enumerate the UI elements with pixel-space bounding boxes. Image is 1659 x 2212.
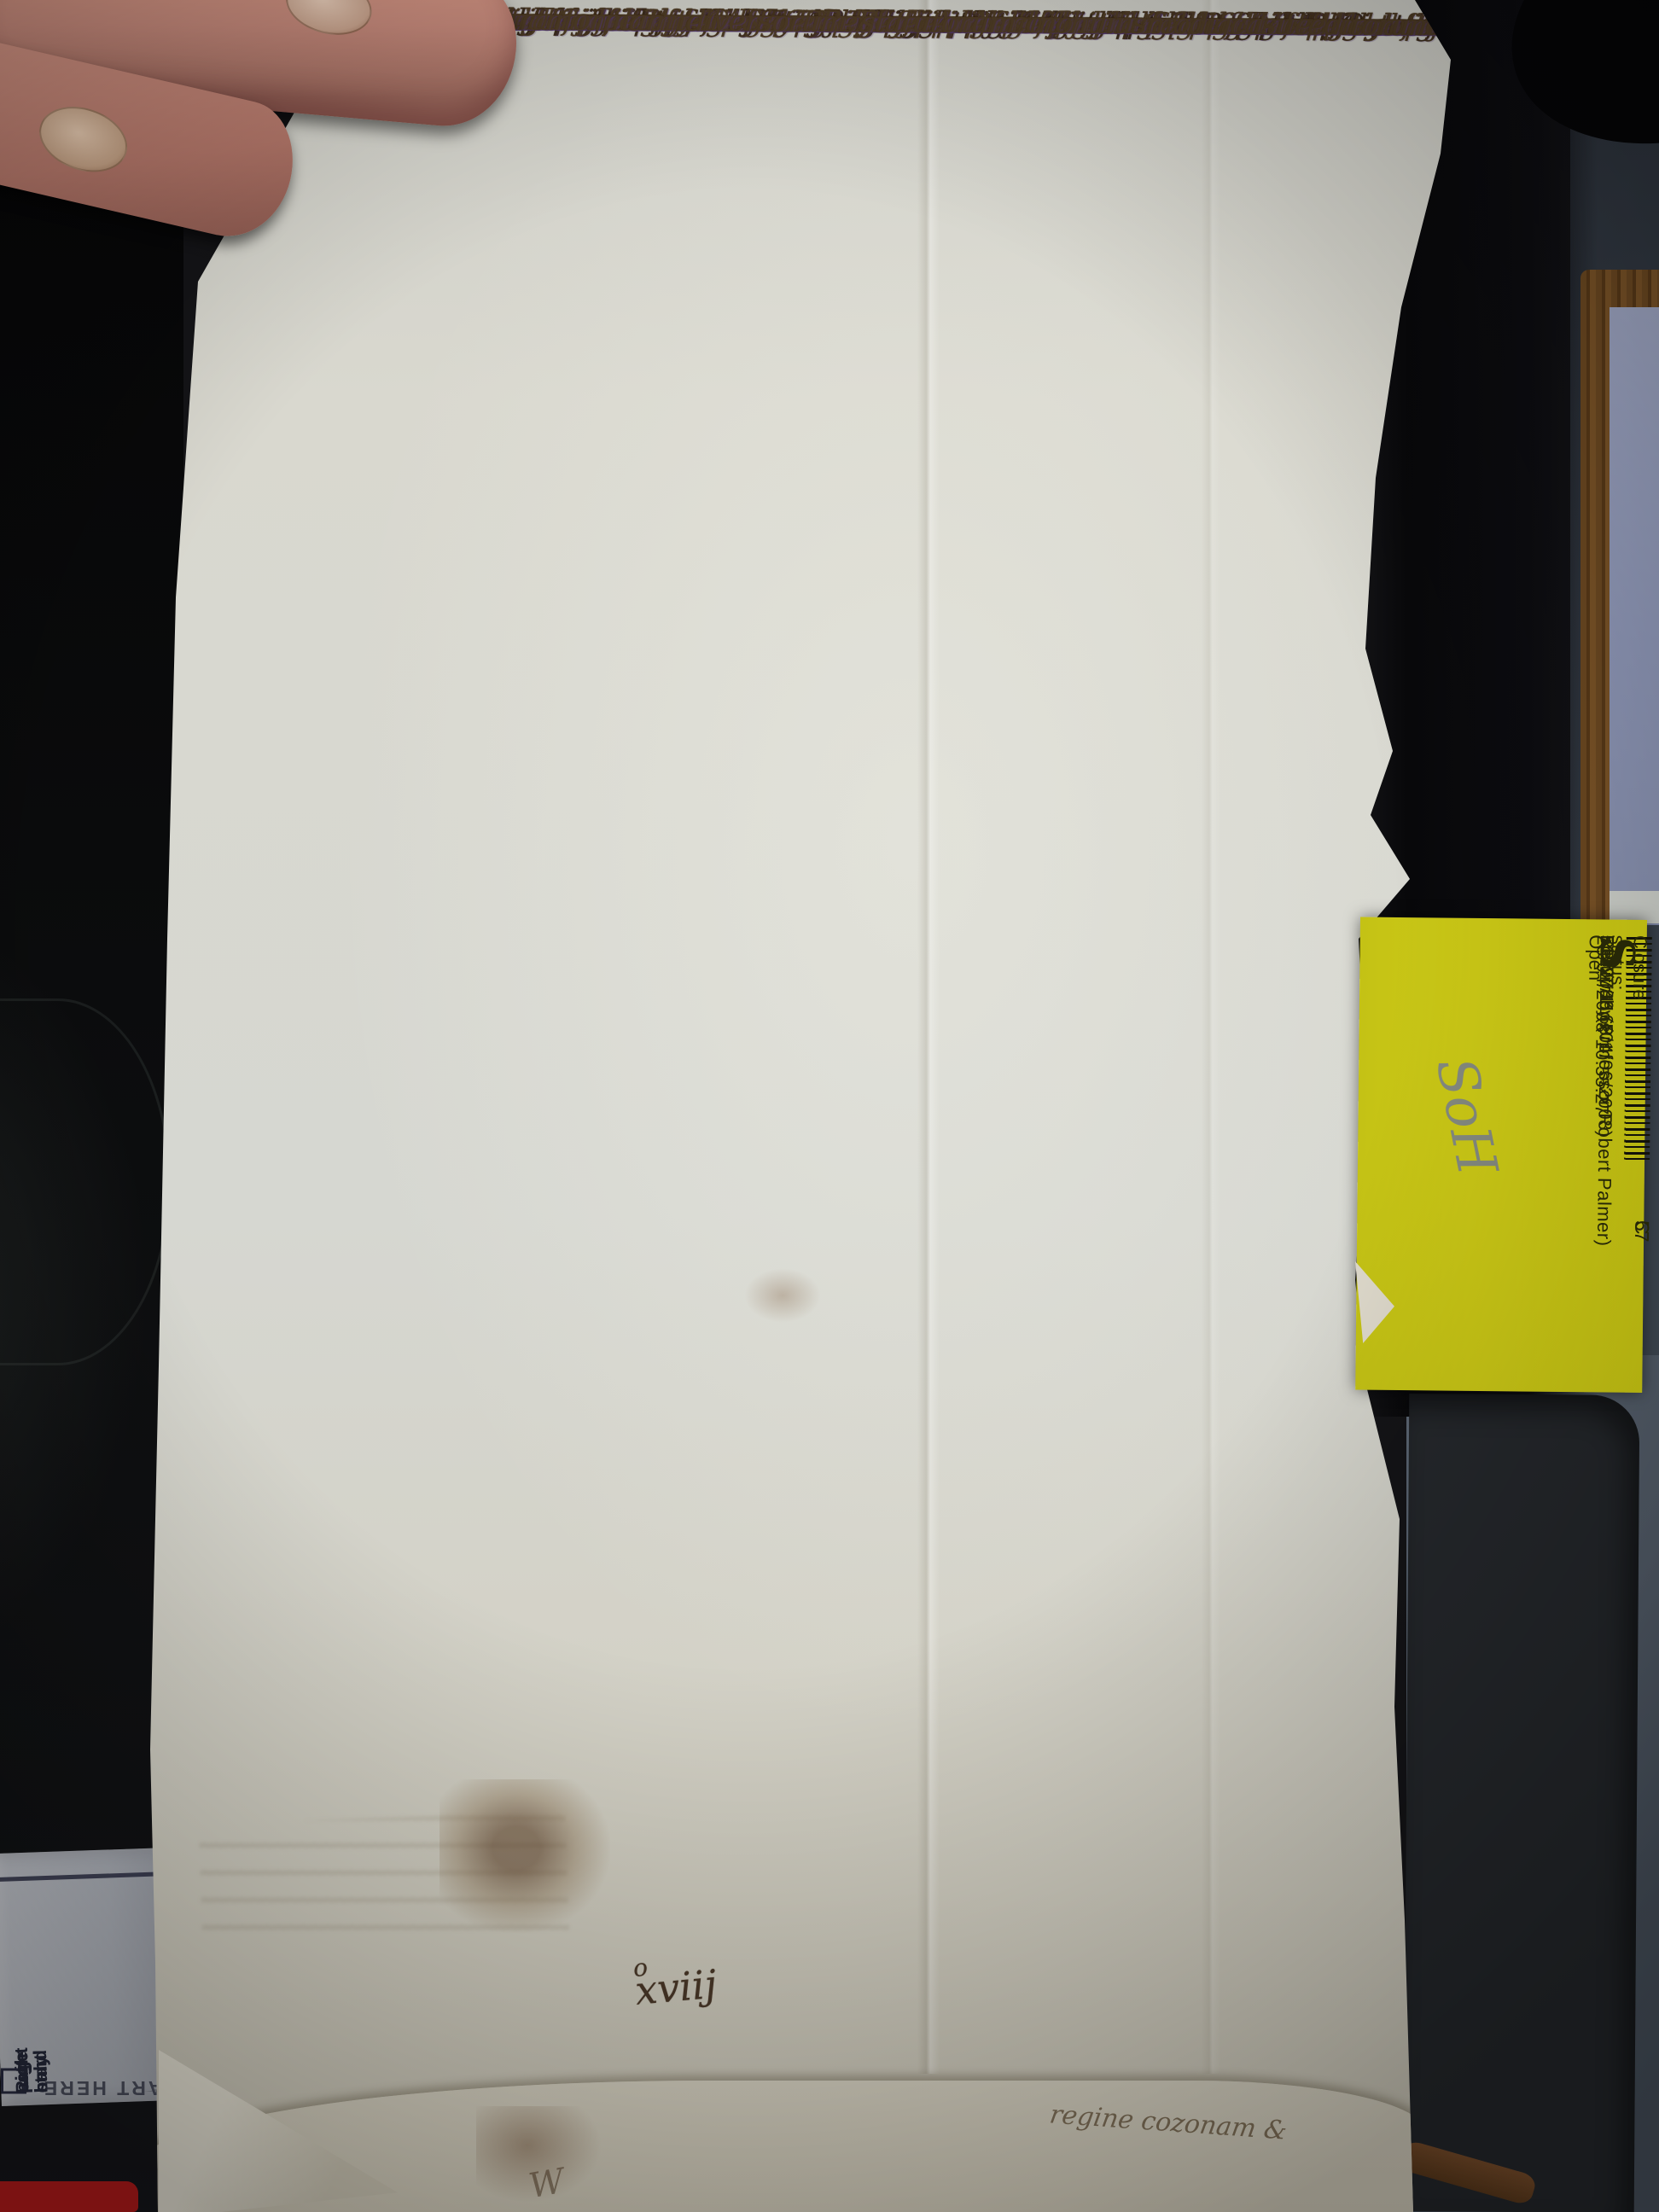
- corner-number: 57: [1632, 1220, 1652, 1243]
- manuscript-text-block: cur Angl assign p eandemns comes Hunt nu…: [312, 2, 1407, 1775]
- yellow-archive-label: C 57 5057036 KB 27/1168/1 Return by (04/…: [1355, 917, 1647, 1392]
- manuscript-fragment: regine cozonam &: [1048, 2099, 1289, 2145]
- ink-stain: [476, 2106, 604, 2204]
- dark-folder: [1404, 1394, 1640, 2212]
- ink-stain: [439, 1779, 610, 1933]
- parchment-fold: [159, 2031, 398, 2212]
- archive-photo: LE Right hand page only Left hand page o…: [0, 0, 1659, 2212]
- wooden-board-frame: [1580, 270, 1659, 925]
- red-book-edge: [0, 2181, 138, 2212]
- fingernail: [280, 0, 378, 44]
- label-timestamp: 23/04/2008 10:55:27: [1591, 934, 1615, 1115]
- white-label-sliver: [1610, 891, 1659, 923]
- handwritten-note: SoH: [1390, 1052, 1516, 1222]
- label-face: C 57 5057036 KB 27/1168/1 Return by (04/…: [1355, 917, 1647, 1392]
- thumbnail-nail: [31, 96, 137, 183]
- ink-stain: [744, 1268, 821, 1323]
- lower-membrane: regine cozonam & W: [128, 2081, 1425, 2212]
- clipboard-surface: [1610, 307, 1659, 925]
